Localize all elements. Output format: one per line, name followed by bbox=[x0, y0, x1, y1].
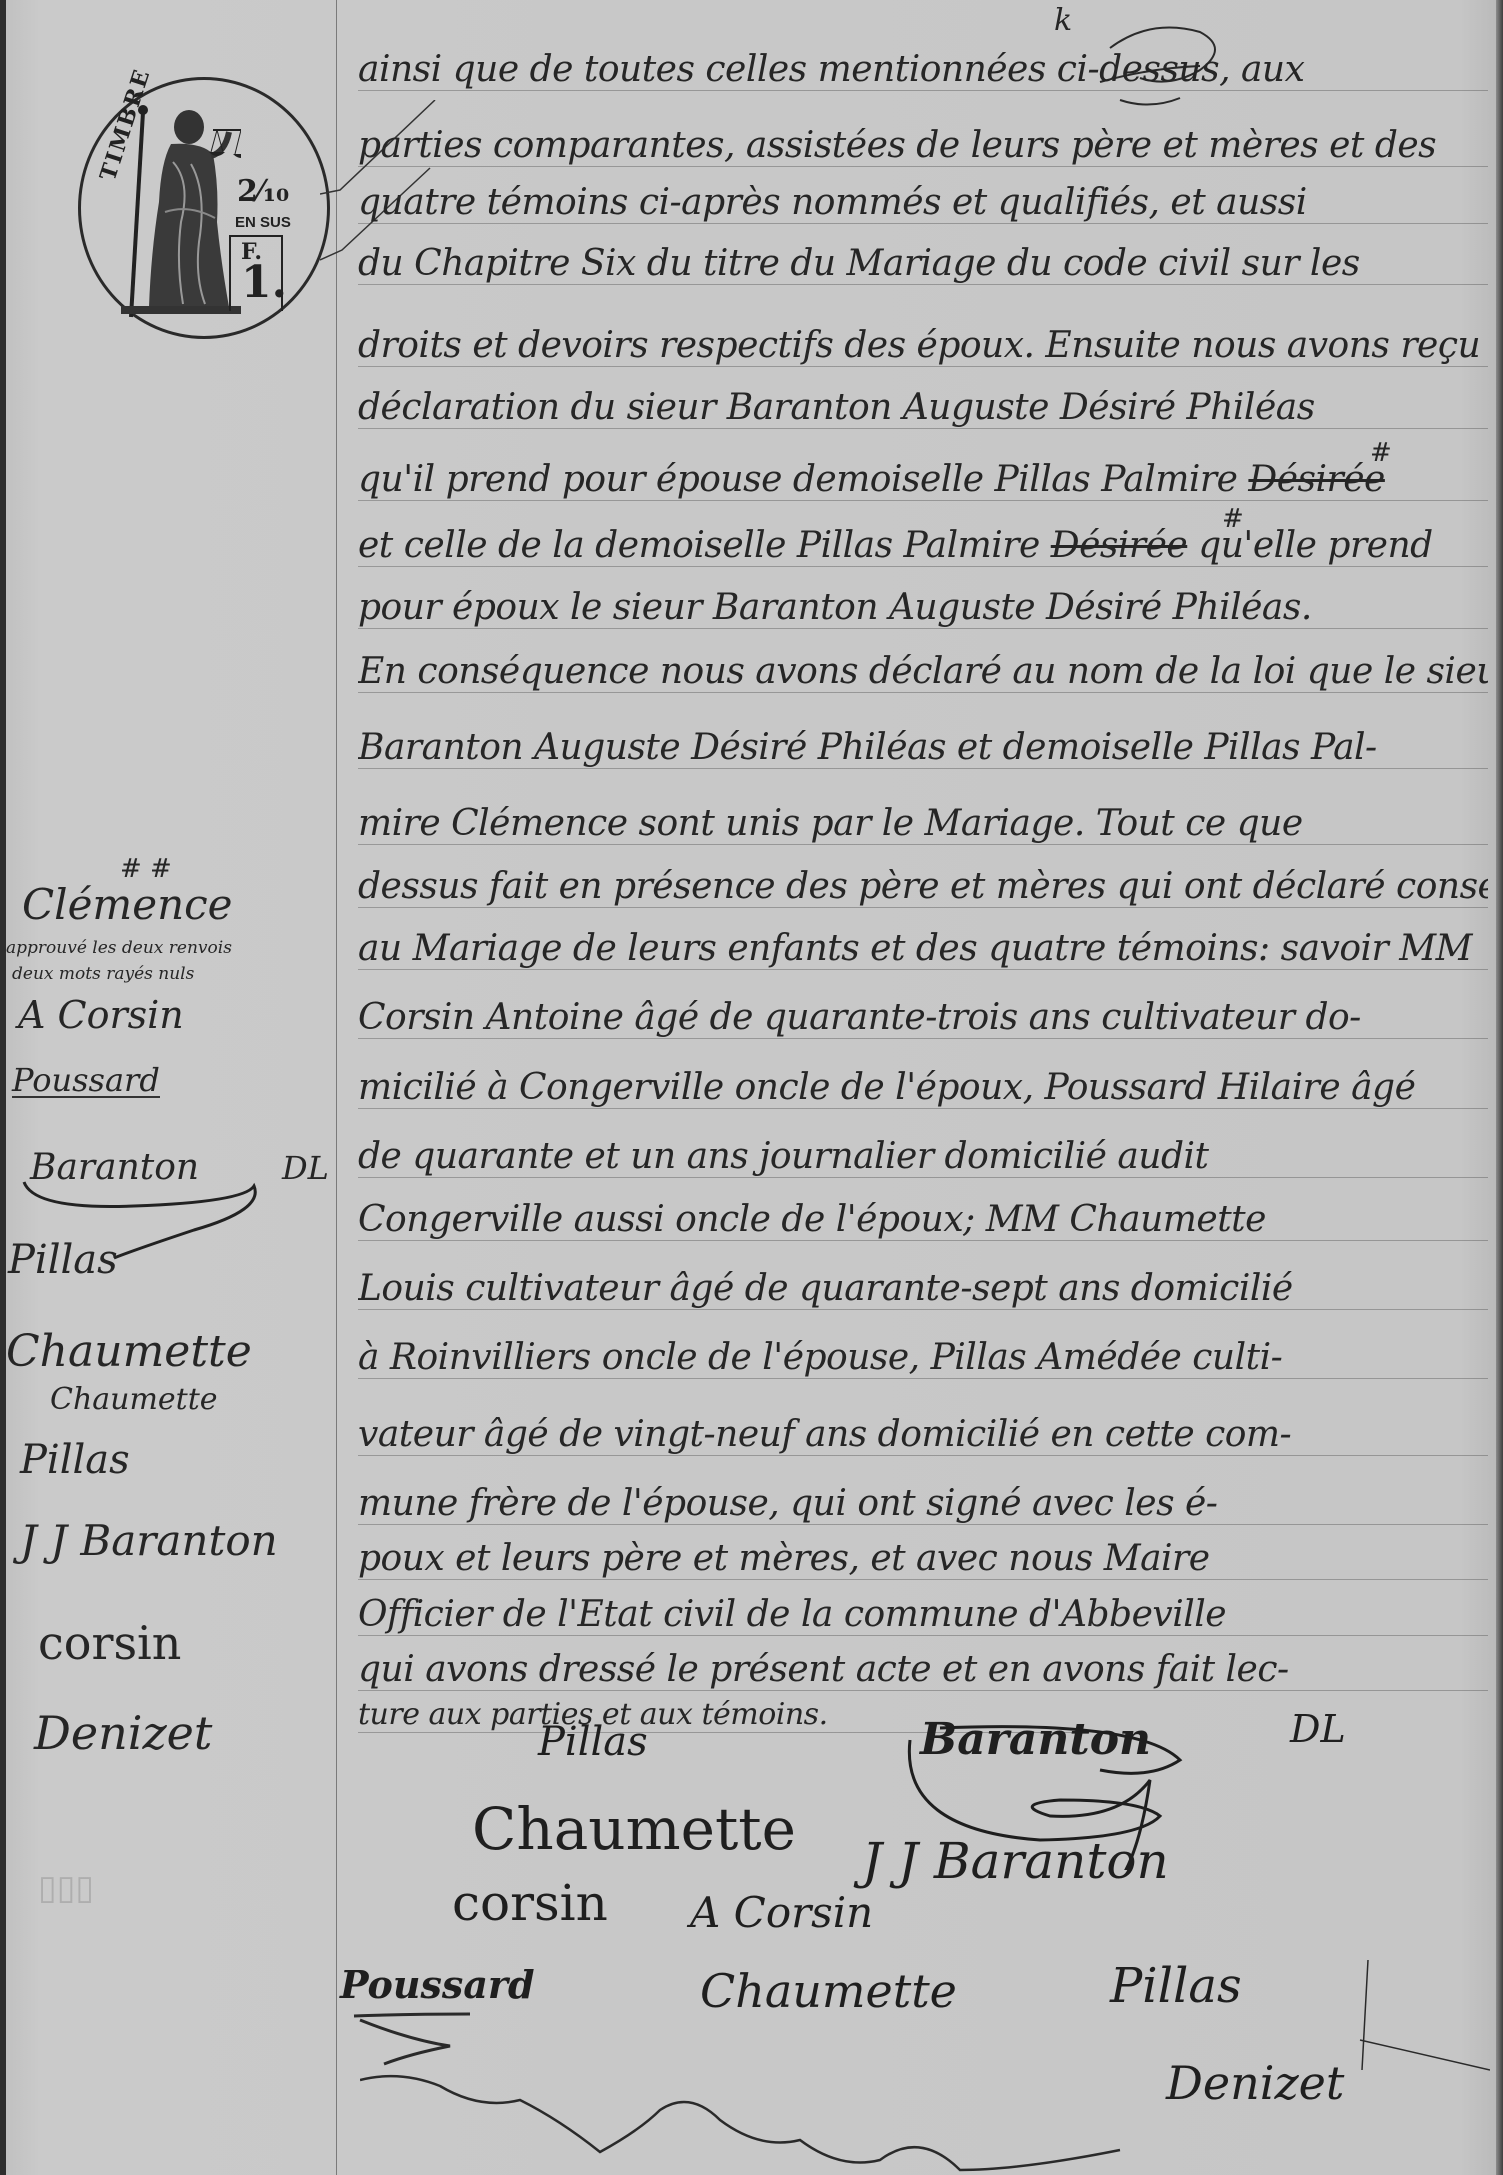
signature-pillas: Pillas bbox=[538, 1722, 648, 1762]
signature-corsin-lower: corsin bbox=[452, 1878, 608, 1928]
body-line-11: Baranton Auguste Désiré Philéas et demoi… bbox=[358, 730, 1488, 769]
insertion-mark-2: # bbox=[1222, 506, 1244, 532]
justice-figure-icon bbox=[121, 92, 241, 322]
margin-signature-a-corsin: A Corsin bbox=[18, 996, 184, 1034]
margin-correction-word: Clémence bbox=[22, 884, 233, 926]
margin-correction-marks: # # bbox=[120, 856, 172, 882]
body-line-7: qu'il prend pour épouse demoiselle Pilla… bbox=[358, 462, 1488, 501]
body-line-8: et celle de la demoiselle Pillas Palmire… bbox=[358, 528, 1488, 567]
body-line-6: déclaration du sieur Baranton Auguste Dé… bbox=[358, 390, 1488, 429]
signature-pillas-lower: Pillas bbox=[1110, 1962, 1242, 2010]
margin-approval-line-2: deux mots rayés nuls bbox=[12, 966, 194, 983]
pillas-closing-line bbox=[1340, 1960, 1490, 2080]
body-line-21: vateur âgé de vingt-neuf ans domicilié e… bbox=[358, 1417, 1488, 1456]
document-page: TIMBRE 2⁄₁₀ EN SUS F. bbox=[0, 0, 1503, 2175]
struck-word: Désirée bbox=[1051, 528, 1187, 566]
body-line-13: dessus fait en présence des père et mère… bbox=[358, 869, 1488, 908]
right-page-edge bbox=[1496, 0, 1503, 2175]
body-line-15: Corsin Antoine âgé de quarante-trois ans… bbox=[358, 1000, 1488, 1039]
body-line-16: micilié à Congerville oncle de l'époux, … bbox=[358, 1070, 1488, 1109]
body-line-1: ainsi que de toutes celles mentionnées c… bbox=[358, 52, 1488, 91]
body-line-4: du Chapitre Six du titre du Mariage du c… bbox=[358, 246, 1488, 285]
margin-signature-corsin: corsin bbox=[38, 1620, 181, 1666]
margin-signature-denizet: Denizet bbox=[34, 1710, 212, 1756]
stamp-fraction: 2⁄₁₀ bbox=[237, 174, 289, 209]
body-line-23: poux et leurs père et mères, et avec nou… bbox=[358, 1541, 1488, 1580]
struck-word: Désirée bbox=[1248, 462, 1384, 500]
body-line-5: droits et devoirs respectifs des époux. … bbox=[358, 328, 1488, 367]
margin-signature-pillas-2: Pillas bbox=[20, 1440, 130, 1480]
body-line-2: parties comparantes, assistées de leurs … bbox=[358, 128, 1488, 167]
body-line-17: de quarante et un ans journalier domicil… bbox=[358, 1139, 1488, 1178]
insertion-mark-1: # bbox=[1370, 440, 1392, 466]
margin-rule bbox=[336, 0, 337, 2175]
body-line-8-text: et celle de la demoiselle Pillas Palmire bbox=[358, 528, 1040, 566]
body-line-7-text: qu'il prend pour épouse demoiselle Pilla… bbox=[358, 462, 1237, 500]
margin-signature-poussard: Poussard bbox=[12, 1064, 160, 1098]
body-line-9: pour époux le sieur Baranton Auguste Dés… bbox=[358, 590, 1488, 629]
body-line-14: au Mariage de leurs enfants et des quatr… bbox=[358, 931, 1488, 970]
signature-chaumette-lower: Chaumette bbox=[700, 1968, 957, 2014]
signature-poussard: Poussard bbox=[340, 1966, 535, 2004]
stamp-value: 1. bbox=[241, 261, 287, 305]
faint-stamp-impression: ▯▯▯ bbox=[38, 1868, 148, 1928]
margin-initials: DL bbox=[282, 1152, 329, 1184]
body-line-12: mire Clémence sont unis par le Mariage. … bbox=[358, 806, 1488, 845]
signature-jj-baranton: J J Baranton bbox=[862, 1836, 1169, 1886]
margin-signature-chaumette-1: Chaumette bbox=[6, 1330, 252, 1374]
signature-a-corsin: A Corsin bbox=[690, 1892, 873, 1934]
timbre-stamp: TIMBRE 2⁄₁₀ EN SUS F. bbox=[78, 77, 330, 339]
signature-denizet: Denizet bbox=[1166, 2060, 1344, 2106]
stamp-en-sus: EN SUS bbox=[235, 214, 291, 231]
body-line-20: à Roinvilliers oncle de l'épouse, Pillas… bbox=[358, 1340, 1488, 1379]
closing-wavy-line bbox=[360, 2060, 1160, 2175]
margin-signature-jj-baranton: J J Baranton bbox=[20, 1520, 278, 1562]
margin-signature-chaumette-2: Chaumette bbox=[50, 1385, 218, 1415]
body-line-25: qui avons dressé le présent acte et en a… bbox=[358, 1652, 1488, 1691]
signature-initials: DL bbox=[1290, 1710, 1346, 1748]
top-insertion-mark: k bbox=[1054, 6, 1072, 36]
body-line-10: En conséquence nous avons déclaré au nom… bbox=[358, 654, 1488, 693]
body-line-22: mune frère de l'épouse, qui ont signé av… bbox=[358, 1486, 1488, 1525]
stamp-denomination: F. 1. bbox=[229, 235, 283, 311]
left-page-edge bbox=[0, 0, 6, 2175]
body-line-3: quatre témoins ci-après nommés et qualif… bbox=[358, 185, 1488, 224]
margin-signature-pillas: Pillas bbox=[8, 1240, 118, 1280]
body-line-24: Officier de l'État civil de la commune d… bbox=[358, 1597, 1488, 1636]
margin-approval-line-1: approuvé les deux renvois bbox=[6, 940, 232, 957]
body-line-18: Congerville aussi oncle de l'époux; MM C… bbox=[358, 1202, 1488, 1241]
signature-chaumette: Chaumette bbox=[472, 1800, 796, 1858]
body-line-19: Louis cultivateur âgé de quarante-sept a… bbox=[358, 1271, 1488, 1310]
